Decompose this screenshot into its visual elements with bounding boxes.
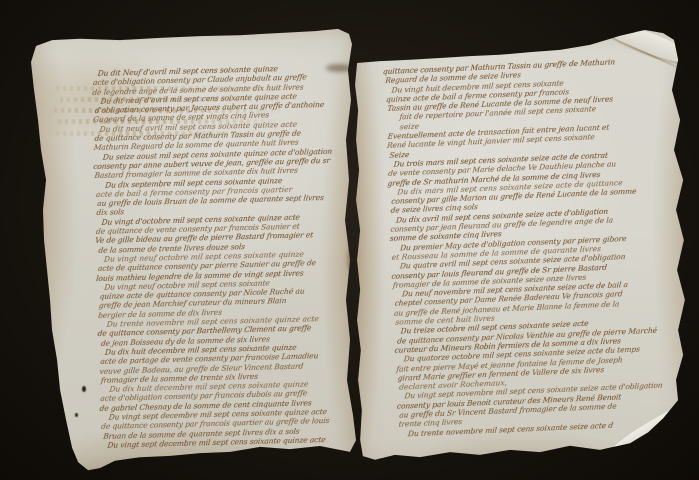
ink-speck <box>82 386 86 392</box>
right-page: quittance consenty par Mathurin Tassin a… <box>352 20 692 472</box>
left-page-handwriting: Du dit Neuf d'avril mil sept cens soixan… <box>90 62 366 450</box>
ink-speck <box>75 413 78 417</box>
right-page-handwriting: quittance consenty par Mathurin Tassin a… <box>382 54 697 438</box>
archival-photo-background: Du dit Neuf d'avril mil sept cens soixan… <box>0 0 699 480</box>
left-page: Du dit Neuf d'avril mil sept cens soixan… <box>26 24 360 472</box>
